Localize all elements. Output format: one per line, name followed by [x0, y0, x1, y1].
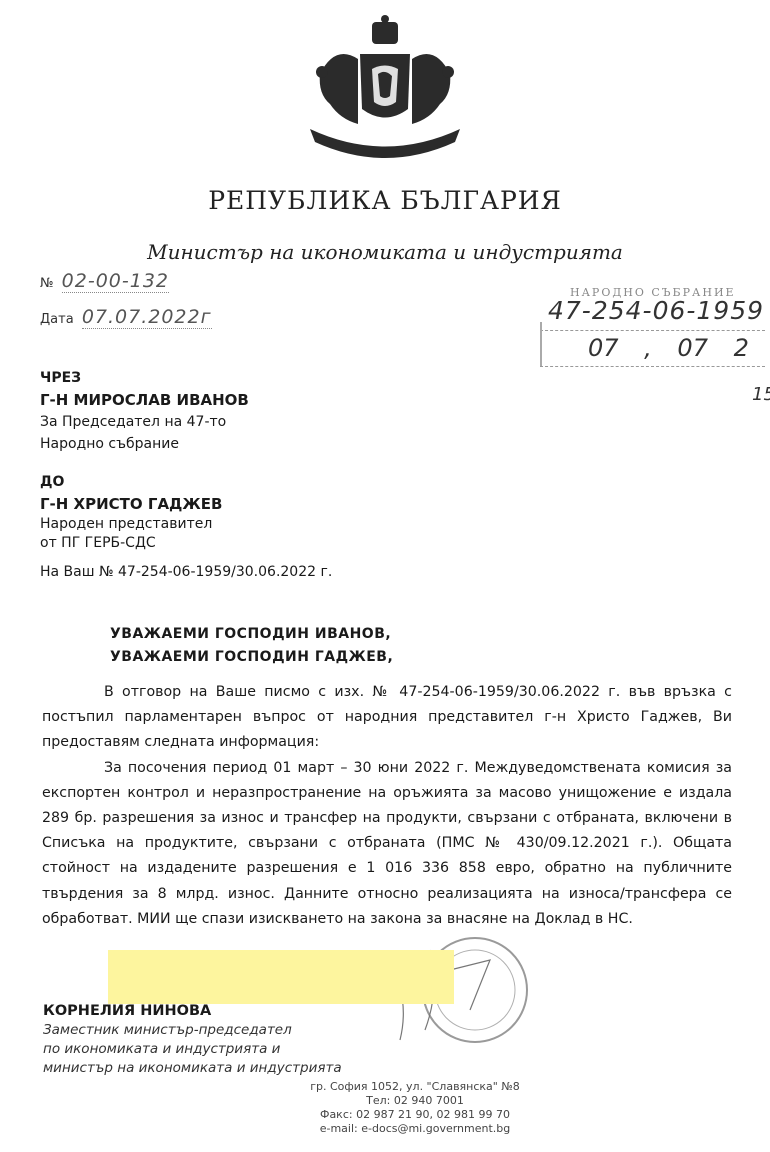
redacted-signature: [108, 950, 454, 1004]
body-paragraph-1: В отговор на Ваше писмо с изх. № 47-254-…: [42, 680, 732, 756]
signature-block: КОРНЕЛИЯ НИНОВА Заместник министър-предс…: [43, 1002, 342, 1078]
parliament-stamp: НАРОДНО СЪБРАНИЕ 47-254-06-1959 07 , 07 …: [540, 282, 770, 372]
registration-date-label: Дата: [40, 312, 74, 327]
letter-body: В отговор на Ваше писмо с изх. № 47-254-…: [42, 680, 732, 932]
stamp-line: [540, 366, 765, 367]
footer-phone: Тел: 02 940 7001: [0, 1094, 770, 1108]
signer-title-3: министър на икономиката и индустрията: [43, 1059, 342, 1078]
recipient-label: ДО: [40, 471, 222, 493]
country-heading: РЕПУБЛИКА БЪЛГАРИЯ: [0, 186, 770, 215]
registration-date-value: 07.07.2022г: [82, 306, 212, 329]
stamp-border: [540, 322, 542, 367]
registration-number-value: 02-00-132: [62, 270, 169, 293]
coat-of-arms-icon: [300, 14, 470, 164]
salutation-line-2: УВАЖАЕМИ ГОСПОДИН ГАДЖЕВ,: [110, 646, 393, 669]
letterhead-footer: гр. София 1052, ул. "Славянска" №8 Тел: …: [0, 1080, 770, 1136]
stamp-date: 07 , 07 2: [588, 334, 749, 362]
recipient-position-2: от ПГ ГЕРБ-СДС: [40, 534, 222, 553]
via-block: ЧРЕЗ Г-Н МИРОСЛАВ ИВАНОВ За Председател …: [40, 367, 249, 455]
salutation-line-1: УВАЖАЕМИ ГОСПОДИН ИВАНОВ,: [110, 623, 393, 646]
recipient-position-1: Народен представител: [40, 515, 222, 534]
ministry-heading: Министър на икономиката и индустрията: [0, 240, 770, 264]
registration-number-label: №: [40, 276, 54, 291]
via-position-1: За Председател на 47-то: [40, 411, 249, 433]
recipient-name: Г-Н ХРИСТО ГАДЖЕВ: [40, 493, 222, 515]
via-name: Г-Н МИРОСЛАВ ИВАНОВ: [40, 389, 249, 411]
via-label: ЧРЕЗ: [40, 367, 249, 389]
via-position-2: Народно събрание: [40, 433, 249, 455]
stamp-number: 47-254-06-1959: [548, 296, 764, 325]
stamp-line: [540, 330, 765, 331]
footer-fax: Факс: 02 987 21 90, 02 981 99 70: [0, 1108, 770, 1122]
registration-number: № 02-00-132: [40, 270, 169, 292]
footer-address: гр. София 1052, ул. "Славянска" №8: [0, 1080, 770, 1094]
footer-email[interactable]: e-mail: e-docs@mi.government.bg: [0, 1122, 770, 1136]
reference-line: На Ваш № 47-254-06-1959/30.06.2022 г.: [40, 561, 332, 583]
signer-title-2: по икономиката и индустрията и: [43, 1040, 342, 1059]
stamp-side-note: 15: [752, 384, 770, 405]
registration-date: Дата 07.07.2022г: [40, 306, 212, 328]
salutation: УВАЖАЕМИ ГОСПОДИН ИВАНОВ, УВАЖАЕМИ ГОСПО…: [110, 623, 393, 669]
recipient-block: ДО Г-Н ХРИСТО ГАДЖЕВ Народен представите…: [40, 471, 222, 553]
body-paragraph-2: За посочения период 01 март – 30 юни 202…: [42, 756, 732, 932]
signer-title-1: Заместник министър-председател: [43, 1021, 342, 1040]
signer-name: КОРНЕЛИЯ НИНОВА: [43, 1002, 342, 1021]
